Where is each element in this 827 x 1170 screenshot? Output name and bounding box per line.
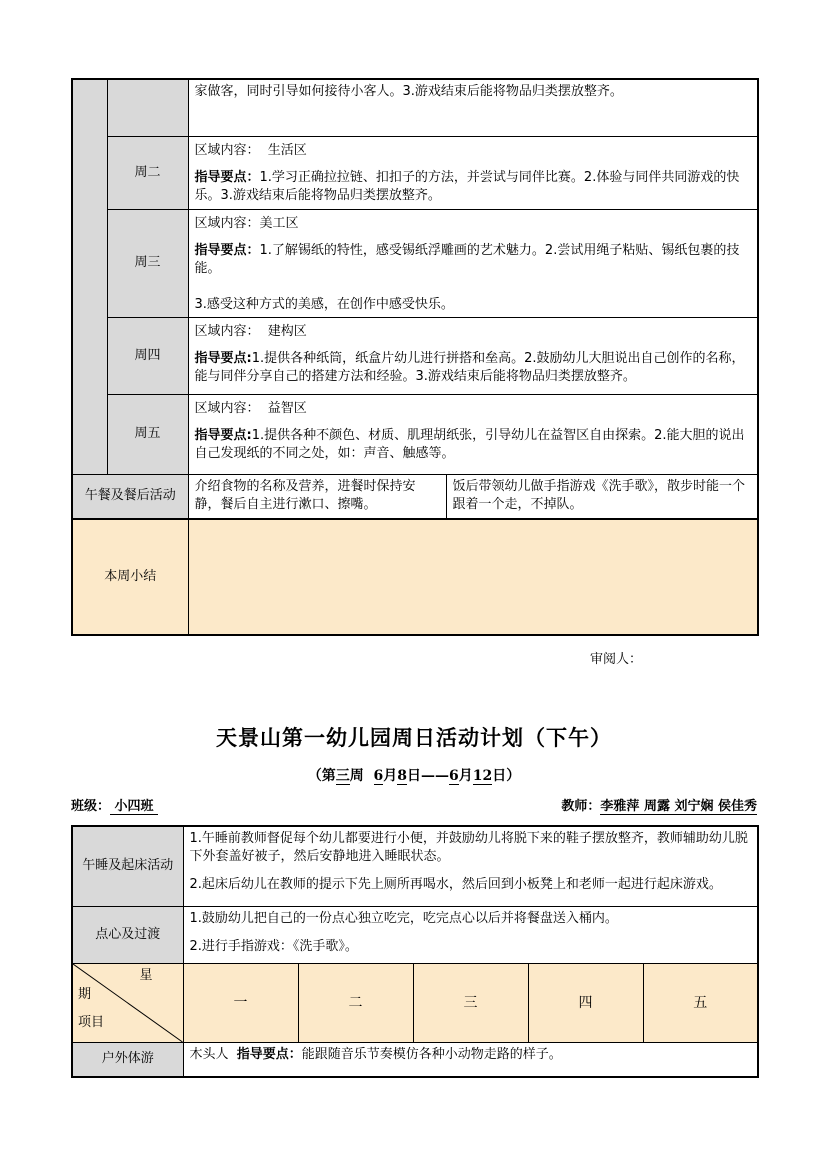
- area-content-line: 区域内容：美工区: [195, 215, 752, 233]
- outdoor-game-name: 木头人: [190, 1047, 237, 1062]
- tuesday-label: 周二: [107, 136, 188, 209]
- subtitle-text: 日）: [492, 768, 520, 784]
- document-page: 家做客，同时引导如何接待小客人。3.游戏结束后能将物品归类摆放整齐。 周二 区域…: [0, 0, 827, 1170]
- afternoon-plan-table: 午睡及起床活动 1.午睡前教师督促每个幼儿都要进行小便，并鼓励幼儿将脱下来的鞋子…: [71, 825, 759, 1078]
- guidance-points-line: 指导要点:1.提供各种纸筒，纸盒片幼儿进行拼搭和垒高。2.鼓励幼儿大胆说出自己创…: [195, 350, 752, 386]
- day-header-friday: 五: [643, 963, 758, 1042]
- guidance-points-text: 1.提供各种不颜色、材质、肌理胡纸张，引导幼儿在益智区自由探索。2.能大胆的说出…: [195, 428, 745, 461]
- guidance-points-label: 指导要点：: [195, 243, 260, 258]
- afternoon-plan-title: 天景山第一幼儿园周日活动计划（下午）: [71, 722, 757, 752]
- weekly-summary-label: 本周小结: [72, 519, 188, 635]
- class-teacher-line: 班级： 小四班 教师：李雅萍 周露 刘宁娴 侯佳秀: [71, 795, 757, 814]
- guidance-points-line: 指导要点：1.了解锡纸的特性，感受锡纸浮雕画的艺术魅力。2.尝试用绳子粘贴、锡纸…: [195, 242, 752, 314]
- corner-week-char-1: 星: [139, 967, 152, 985]
- friday-label: 周五: [107, 394, 188, 474]
- day-header-wednesday: 三: [413, 963, 528, 1042]
- lunch-row-label: 午餐及餐后活动: [72, 474, 188, 519]
- guidance-points-label: 指导要点：: [237, 1047, 302, 1062]
- end-month-value: 6: [449, 768, 459, 785]
- teacher-names-value: 李雅萍 周露 刘宁娴 侯佳秀: [600, 799, 757, 815]
- week-item-corner-cell: 星 期 项目: [72, 963, 183, 1042]
- wednesday-activity-cell: 区域内容：美工区 指导要点：1.了解锡纸的特性，感受锡纸浮雕画的艺术魅力。2.尝…: [188, 209, 758, 317]
- lunch-activity-right: 饭后带领幼儿做手指游戏《洗手歌》，散步时能一个跟着一个走，不掉队。: [446, 474, 758, 519]
- guidance-points-line: 指导要点：1.学习正确拉拉链、扣扣子的方法，并尝试与同伴比赛。2.体验与同伴共同…: [195, 169, 752, 205]
- plan-week-subtitle: （第三周 6月8日——6月12日）: [71, 765, 757, 785]
- guidance-points-text: 1.了解锡纸的特性，感受锡纸浮雕画的艺术魅力。2.尝试用绳子粘贴、锡纸包裹的技能…: [195, 243, 740, 312]
- nap-activity-cell: 1.午睡前教师督促每个幼儿都要进行小便，并鼓励幼儿将脱下来的鞋子摆放整齐，教师辅…: [183, 826, 758, 906]
- thursday-activity-cell: 区域内容： 建构区 指导要点:1.提供各种纸筒，纸盒片幼儿进行拼搭和垒高。2.鼓…: [188, 317, 758, 394]
- area-content-line: 区域内容： 生活区: [195, 142, 752, 160]
- monday-activity-continued: 家做客，同时引导如何接待小客人。3.游戏结束后能将物品归类摆放整齐。: [188, 79, 758, 136]
- wednesday-label: 周三: [107, 209, 188, 317]
- guidance-points-label: 指导要点:: [195, 428, 252, 443]
- area-content-line: 区域内容： 益智区: [195, 400, 752, 418]
- outdoor-activity-cell: 木头人 指导要点：能跟随音乐节奏模仿各种小动物走路的样子。: [183, 1042, 758, 1077]
- guidance-points-text: 1.提供各种纸筒，纸盒片幼儿进行拼搭和垒高。2.鼓励幼儿大胆说出自己创作的名称，…: [195, 351, 745, 384]
- class-name-value: 小四班: [110, 799, 158, 815]
- reviewer-label: 审阅人：: [590, 648, 642, 667]
- week-number-value: 三: [336, 768, 350, 785]
- outdoor-activity-line: 木头人 指导要点：能跟随音乐节奏模仿各种小动物走路的样子。: [190, 1046, 752, 1063]
- nap-point-1: 1.午睡前教师督促每个幼儿都要进行小便，并鼓励幼儿将脱下来的鞋子摆放整齐，教师辅…: [190, 830, 752, 866]
- weekly-summary-content: [188, 519, 758, 635]
- subtitle-text: 月: [383, 768, 397, 784]
- corner-item-label: 项目: [78, 1014, 104, 1032]
- corner-week-char-2: 期: [78, 986, 91, 1004]
- snack-point-2: 2.进行手指游戏：《洗手歌》。: [190, 938, 752, 956]
- class-field: 班级： 小四班: [71, 795, 158, 814]
- teacher-label: 教师：: [561, 799, 600, 814]
- snack-point-1: 1.鼓励幼儿把自己的一份点心独立吃完，吃完点心以后并将餐盘送入桶内。: [190, 910, 752, 928]
- day-header-tuesday: 二: [298, 963, 413, 1042]
- day-header-monday: 一: [183, 963, 298, 1042]
- subtitle-text: 月: [459, 768, 473, 784]
- morning-plan-table: 家做客，同时引导如何接待小客人。3.游戏结束后能将物品归类摆放整齐。 周二 区域…: [71, 78, 759, 636]
- guidance-points-line: 指导要点:1.提供各种不颜色、材质、肌理胡纸张，引导幼儿在益智区自由探索。2.能…: [195, 427, 752, 463]
- friday-activity-cell: 区域内容： 益智区 指导要点:1.提供各种不颜色、材质、肌理胡纸张，引导幼儿在益…: [188, 394, 758, 474]
- weekday-spacer-cell: [72, 79, 107, 474]
- guidance-points-text: 能跟随音乐节奏模仿各种小动物走路的样子。: [302, 1047, 562, 1062]
- day-header-thursday: 四: [528, 963, 643, 1042]
- subtitle-text: 日——: [407, 768, 449, 784]
- start-day-value: 8: [397, 768, 407, 785]
- teacher-field: 教师：李雅萍 周露 刘宁娴 侯佳秀: [561, 795, 757, 814]
- monday-label-cell-empty: [107, 79, 188, 136]
- start-month-value: 6: [374, 768, 384, 785]
- lunch-activity-left: 介绍食物的名称及营养，进餐时保持安静，餐后自主进行漱口、擦嘴。: [188, 474, 446, 519]
- thursday-label: 周四: [107, 317, 188, 394]
- tuesday-activity-cell: 区域内容： 生活区 指导要点：1.学习正确拉拉链、扣扣子的方法，并尝试与同伴比赛…: [188, 136, 758, 209]
- outdoor-row-label: 户外体游: [72, 1042, 183, 1077]
- subtitle-text: （第: [308, 768, 336, 784]
- class-label: 班级：: [71, 799, 110, 814]
- area-content-line: 区域内容： 建构区: [195, 323, 752, 341]
- subtitle-text: 周: [350, 768, 374, 784]
- guidance-points-label: 指导要点:: [195, 351, 252, 366]
- nap-row-label: 午睡及起床活动: [72, 826, 183, 906]
- end-day-value: 12: [473, 768, 492, 785]
- nap-point-2: 2.起床后幼儿在教师的提示下先上厕所再喝水，然后回到小板凳上和老师一起进行起床游…: [190, 876, 752, 894]
- snack-activity-cell: 1.鼓励幼儿把自己的一份点心独立吃完，吃完点心以后并将餐盘送入桶内。 2.进行手…: [183, 906, 758, 963]
- guidance-points-label: 指导要点：: [195, 170, 260, 185]
- guidance-points-text: 1.学习正确拉拉链、扣扣子的方法，并尝试与同伴比赛。2.体验与同伴共同游戏的快乐…: [195, 170, 740, 203]
- snack-row-label: 点心及过渡: [72, 906, 183, 963]
